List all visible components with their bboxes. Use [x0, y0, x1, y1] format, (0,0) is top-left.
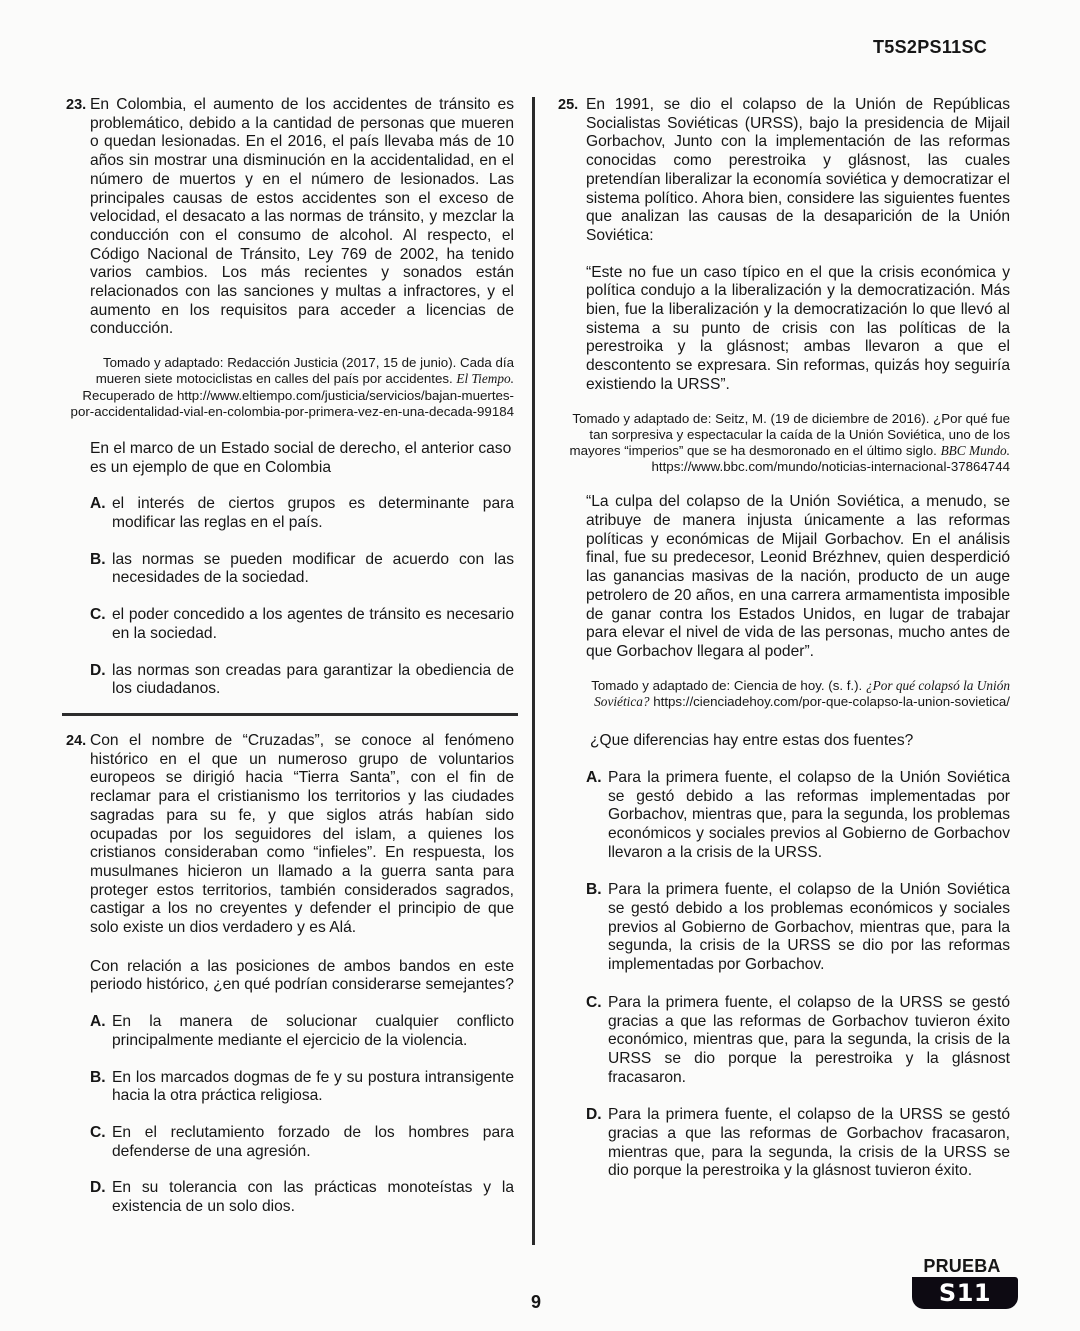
citation-url: https://cienciadehoy.com/por-que-colapso… [653, 694, 1010, 709]
source-1-quote: “Este no fue un caso típico en el que la… [586, 264, 1010, 395]
option-letter: B. [90, 551, 112, 588]
option-text: las normas son creadas para garantizar l… [112, 662, 514, 699]
question-text: En Colombia, el aumento de los accidente… [90, 96, 514, 339]
option-c[interactable]: C. Para la primera fuente, el colapso de… [586, 994, 1010, 1088]
citation-source: El Tiempo. [456, 371, 514, 386]
right-column: 25. En 1991, se dio el colapso de la Uni… [558, 96, 1010, 1200]
option-text: Para la primera fuente, el colapso de la… [608, 1106, 1010, 1181]
option-text: En su tolerancia con las prácticas monot… [112, 1179, 514, 1216]
option-letter: D. [90, 1179, 112, 1216]
question-number: 23. [66, 96, 90, 339]
question-text: En 1991, se dio el colapso de la Unión d… [586, 96, 1010, 246]
question-number: 25. [558, 96, 586, 246]
test-badge: PRUEBA S11 [912, 1256, 1018, 1309]
option-d[interactable]: D. En su tolerancia con las prácticas mo… [90, 1179, 514, 1216]
option-text: las normas se pueden modificar de acuerd… [112, 551, 514, 588]
option-text: Para la primera fuente, el colapso de la… [608, 881, 1010, 975]
question-24: 24. Con el nombre de “Cruzadas”, se cono… [66, 732, 514, 1217]
source-1-citation: Tomado y adaptado de: Seitz, M. (19 de d… [558, 411, 1010, 476]
horizontal-divider [62, 713, 518, 716]
source-2-quote: “La culpa del colapso de la Unión Soviét… [586, 493, 1010, 661]
exam-code: T5S2PS11SC [873, 37, 987, 58]
question-stem: Con relación a las posiciones de ambos b… [90, 958, 514, 995]
option-c[interactable]: C. En el reclutamiento forzado de los ho… [90, 1124, 514, 1161]
question-25-statement: 25. En 1991, se dio el colapso de la Uni… [558, 96, 1010, 246]
option-text: En los marcados dogmas de fe y su postur… [112, 1069, 514, 1106]
citation-url: Recuperado de http://www.eltiempo.com/ju… [71, 388, 514, 419]
question-stem: ¿Que diferencias hay entre estas dos fue… [590, 732, 1010, 751]
option-letter: A. [90, 1013, 112, 1050]
option-letter: A. [586, 769, 608, 863]
question-25: 25. En 1991, se dio el colapso de la Uni… [558, 96, 1010, 1181]
option-letter: C. [90, 606, 112, 643]
answer-options: A. Para la primera fuente, el colapso de… [586, 769, 1010, 1181]
column-divider [532, 97, 535, 1245]
option-text: el interés de ciertos grupos es determin… [112, 495, 514, 532]
option-text: el poder concedido a los agentes de trán… [112, 606, 514, 643]
option-b[interactable]: B. las normas se pueden modificar de acu… [90, 551, 514, 588]
question-stem: En el marco de un Estado social de derec… [90, 440, 514, 477]
option-text: En el reclutamiento forzado de los hombr… [112, 1124, 514, 1161]
citation-url: https://www.bbc.com/mundo/noticias-inter… [652, 459, 1010, 474]
question-text: Con el nombre de “Cruzadas”, se conoce a… [90, 732, 514, 938]
option-text: En la manera de solucionar cualquier con… [112, 1013, 514, 1050]
badge-code: S11 [912, 1277, 1018, 1309]
option-d[interactable]: D. Para la primera fuente, el colapso de… [586, 1106, 1010, 1181]
option-a[interactable]: A. Para la primera fuente, el colapso de… [586, 769, 1010, 863]
option-letter: C. [90, 1124, 112, 1161]
question-number: 24. [66, 732, 90, 938]
option-letter: D. [90, 662, 112, 699]
option-a[interactable]: A. el interés de ciertos grupos es deter… [90, 495, 514, 532]
option-letter: B. [586, 881, 608, 975]
question-23: 23. En Colombia, el aumento de los accid… [66, 96, 514, 699]
source-2-citation: Tomado y adaptado de: Ciencia de hoy. (s… [558, 678, 1010, 710]
left-column: 23. En Colombia, el aumento de los accid… [66, 96, 514, 1235]
citation-text: Tomado y adaptado de: Ciencia de hoy. (s… [591, 678, 866, 693]
option-c[interactable]: C. el poder concedido a los agentes de t… [90, 606, 514, 643]
option-letter: A. [90, 495, 112, 532]
option-a[interactable]: A. En la manera de solucionar cualquier … [90, 1013, 514, 1050]
option-text: Para la primera fuente, el colapso de la… [608, 769, 1010, 863]
option-b[interactable]: B. Para la primera fuente, el colapso de… [586, 881, 1010, 975]
page-number: 9 [531, 1292, 541, 1313]
question-24-statement: 24. Con el nombre de “Cruzadas”, se cono… [66, 732, 514, 938]
citation-source: BBC Mundo. [941, 443, 1010, 458]
citation: Tomado y adaptado: Redacción Justicia (2… [66, 355, 514, 420]
badge-label: PRUEBA [906, 1256, 1018, 1277]
option-letter: D. [586, 1106, 608, 1181]
question-23-statement: 23. En Colombia, el aumento de los accid… [66, 96, 514, 339]
answer-options: A. En la manera de solucionar cualquier … [90, 1013, 514, 1217]
option-d[interactable]: D. las normas son creadas para garantiza… [90, 662, 514, 699]
option-letter: B. [90, 1069, 112, 1106]
answer-options: A. el interés de ciertos grupos es deter… [90, 495, 514, 699]
option-b[interactable]: B. En los marcados dogmas de fe y su pos… [90, 1069, 514, 1106]
option-letter: C. [586, 994, 608, 1088]
citation-text: Tomado y adaptado: Redacción Justicia (2… [96, 355, 514, 386]
option-text: Para la primera fuente, el colapso de la… [608, 994, 1010, 1088]
